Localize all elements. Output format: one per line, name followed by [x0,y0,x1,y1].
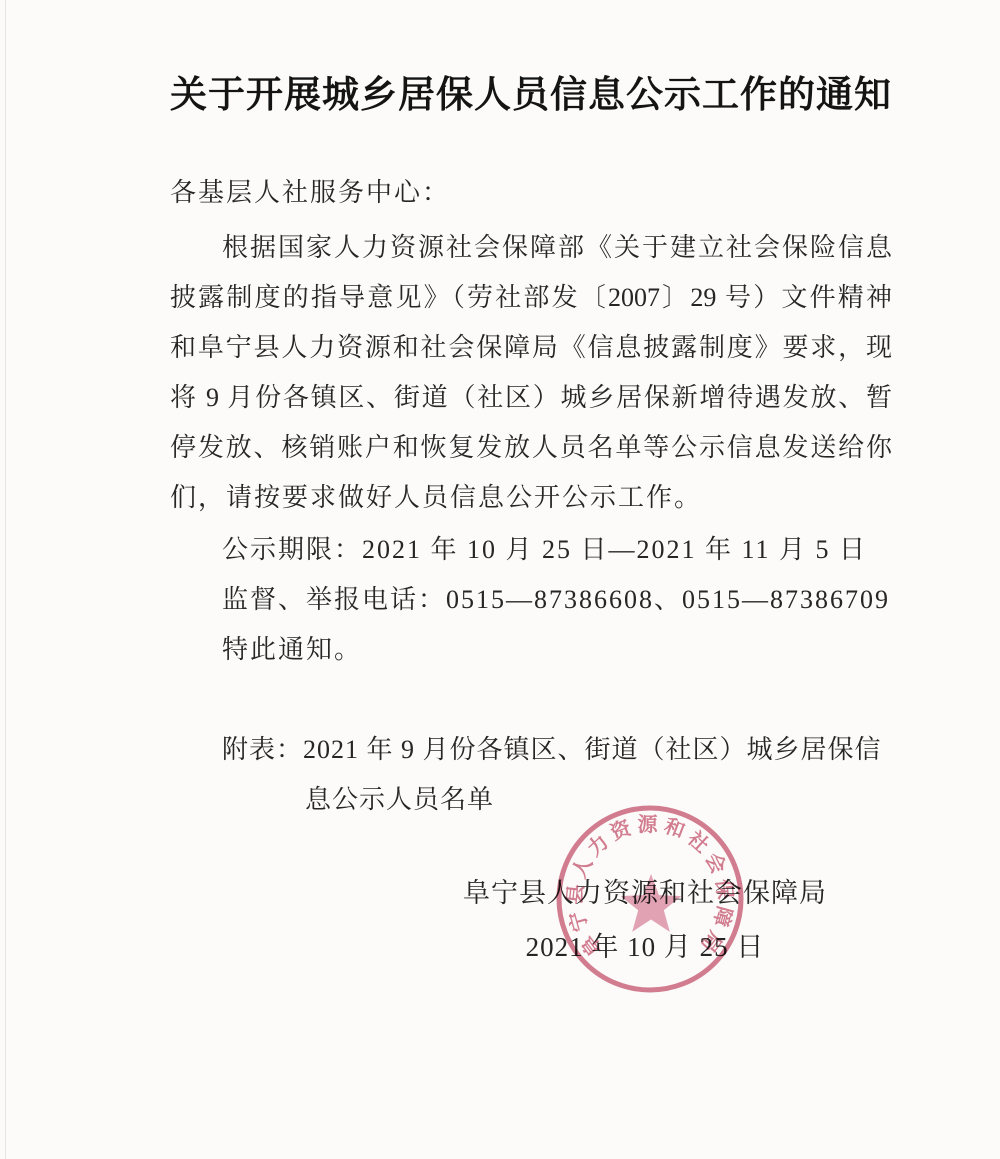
red-star-icon [621,874,682,932]
attachment-line-1: 附表：2021 年 9 月份各镇区、街道（社区）城乡居保信 [222,725,882,775]
paragraph-line: 和阜宁县人力资源和社会保障局《信息披露制度》要求，现 [170,323,892,373]
main-paragraph: 根据国家人力资源社会保障部《关于建立社会保险信息 披露制度的指导意见》（劳社部发… [170,223,892,523]
paragraph-line: 根据国家人力资源社会保障部《关于建立社会保险信息 [170,223,892,273]
document-title: 关于开展城乡居保人员信息公示工作的通知 [170,64,892,118]
publicity-period-line: 公示期限：2021 年 10 月 25 日—2021 年 11 月 5 日 [222,525,890,575]
salutation: 各基层人社服务中心： [170,172,450,209]
hotline-line: 监督、举报电话：0515—87386608、0515—87386709 [222,575,890,625]
paragraph-line: 停发放、核销账户和恢复发放人员名单等公示信息发送给你 [170,423,892,473]
scanned-notice-page: 关于开展城乡居保人员信息公示工作的通知 各基层人社服务中心： 根据国家人力资源社… [0,0,1000,1159]
closing-line: 特此通知。 [222,625,890,675]
official-seal: 阜宁县人力资源和社会保障局 [536,790,766,1010]
paragraph-line: 披露制度的指导意见》（劳社部发〔2007〕29 号）文件精神 [170,273,892,323]
scan-edge-line [5,0,6,1159]
paragraph-line: 们，请按要求做好人员信息公开公示工作。 [170,473,892,523]
detail-lines: 公示期限：2021 年 10 月 25 日—2021 年 11 月 5 日 监督… [222,525,890,675]
paragraph-line: 将 9 月份各镇区、街道（社区）城乡居保新增待遇发放、暂 [170,373,892,423]
